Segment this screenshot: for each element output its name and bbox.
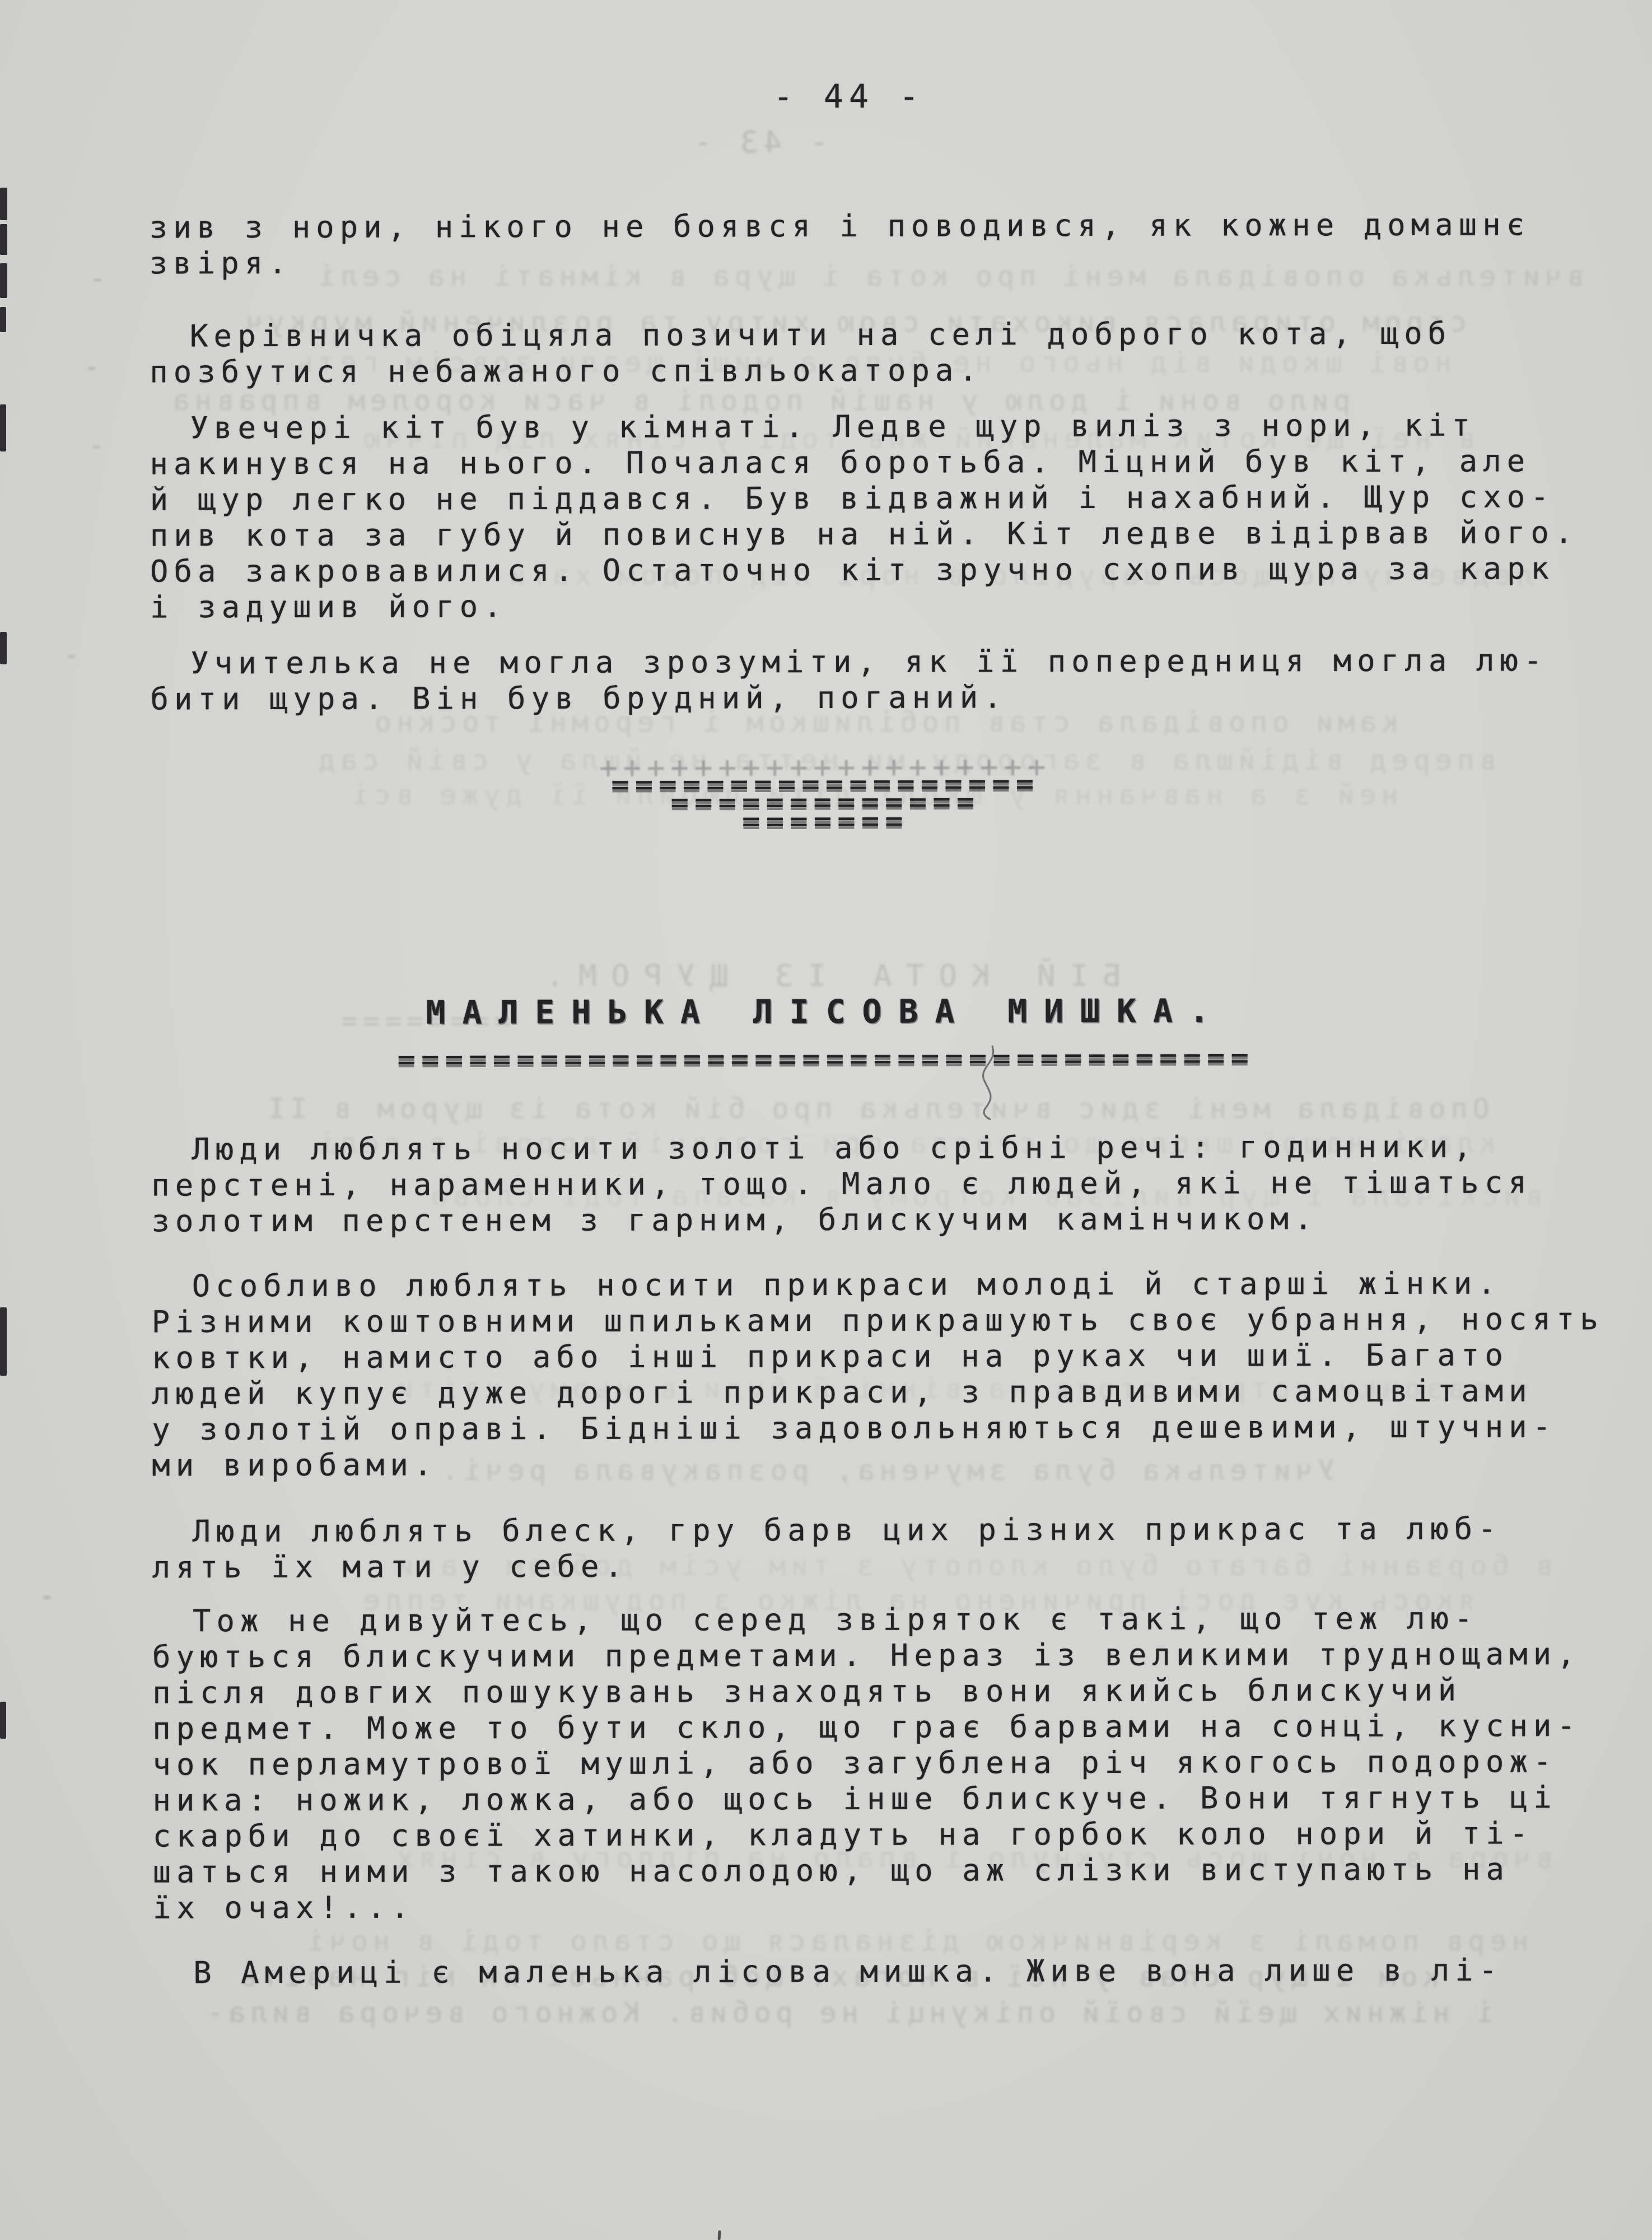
scan-edge-artifact xyxy=(0,404,6,451)
text-line: буються блискучими предметами. Нераз із … xyxy=(152,1636,1581,1675)
pen-squiggle-mark xyxy=(973,1043,1024,1121)
text-line: Люди люблять носити золоті або срібні ре… xyxy=(151,1129,1532,1167)
document-page: - 43 -вчителька оповідала мені про кота … xyxy=(0,0,1652,2240)
typewritten-text-layer: - 44 - зив з нори, нікого не боявся і по… xyxy=(0,0,1652,2240)
story-end-paragraphs: зив з нори, нікого не боявся і поводився… xyxy=(0,0,1650,2)
text-line: людей купує дуже дорогі прикраси, з прав… xyxy=(152,1373,1604,1412)
scan-edge-artifact xyxy=(0,224,7,255)
scan-edge-artifact xyxy=(0,188,7,220)
section-title: МАЛЕНЬКА ЛІСОВА МИШКА. xyxy=(0,991,1652,1032)
paragraph: Тож не дивуйтесь, що серед звіряток є та… xyxy=(152,1600,1581,1926)
text-line: й щур легко не піддався. Був відважний і… xyxy=(150,479,1579,518)
text-line: позбутися небажаного співльокатора. xyxy=(150,352,1452,390)
text-line: предмет. Може то бути скло, що грає барв… xyxy=(152,1708,1581,1747)
text-line: скарби до своєї хатинки, кладуть на горб… xyxy=(153,1815,1581,1854)
text-line: звіря. xyxy=(150,243,1530,281)
paragraph: Особливо люблять носити прикраси молоді … xyxy=(152,1265,1604,1483)
text-line: бити щура. Він був брудний, поганий. xyxy=(150,678,1547,717)
text-line: перстені, нараменники, тощо. Мало є люде… xyxy=(151,1165,1532,1203)
text-line: Учителька не могла зрозуміти, як її попе… xyxy=(150,642,1547,681)
text-line: і задушив його. xyxy=(150,586,1579,625)
text-line: шаться ними з такою насолодою, що аж слі… xyxy=(153,1851,1581,1890)
scan-edge-artifact xyxy=(0,1702,6,1739)
text-line: пив кота за губу й повиснув на ній. Кіт … xyxy=(150,515,1579,553)
page-number: - 44 - xyxy=(773,77,925,116)
scan-edge-artifact xyxy=(0,263,7,298)
text-line: чок перламутрової мушлі, або загублена р… xyxy=(152,1744,1581,1782)
text-line: ника: ножик, ложка, або щось інше блиску… xyxy=(152,1780,1581,1818)
text-line: Увечері кіт був у кімнаті. Ледве щур вил… xyxy=(150,407,1578,446)
text-line: ми виробами. xyxy=(152,1445,1604,1483)
story-paragraphs: Люди люблять носити золоті або срібні ре… xyxy=(0,0,1650,2)
section-title-underline: ==================================== xyxy=(0,1039,1652,1078)
text-line: Тож не дивуйтесь, що серед звіряток є та… xyxy=(152,1600,1581,1639)
text-line: після довгих пошукувань знаходять вони я… xyxy=(152,1672,1581,1711)
divider-row: ======= xyxy=(0,802,1651,841)
text-line: їх очах!... xyxy=(153,1887,1581,1926)
bottom-ink-mark xyxy=(718,2230,721,2240)
text-line: В Америці є маленька лісова мишка. Живе … xyxy=(153,1952,1502,1991)
text-line: у золотій оправі. Бідніші задовольняютьс… xyxy=(152,1409,1604,1447)
text-line: Керівничка обіцяла позичити на селі добр… xyxy=(150,316,1452,355)
paragraph: зив з нори, нікого не боявся і поводився… xyxy=(150,207,1530,281)
text-line: Оба закровавилися. Остаточно кіт зручно … xyxy=(150,551,1579,589)
text-line: зив з нори, нікого не боявся і поводився… xyxy=(150,207,1530,245)
paragraph: Люди люблять носити золоті або срібні ре… xyxy=(151,1129,1532,1239)
paragraph: Увечері кіт був у кімнаті. Ледве щур вил… xyxy=(150,407,1578,625)
scan-edge-artifact xyxy=(0,307,6,332)
paragraph: Керівничка обіцяла позичити на селі добр… xyxy=(150,316,1452,390)
paragraph: В Америці є маленька лісова мишка. Живе … xyxy=(153,1952,1502,1991)
scan-edge-artifact xyxy=(0,632,7,664)
text-line: Різними коштовними шпильками прикрашують… xyxy=(152,1301,1604,1340)
text-line: накинувся на нього. Почалася боротьба. М… xyxy=(150,443,1578,482)
text-line: ковтки, намисто або інші прикраси на рук… xyxy=(152,1337,1604,1376)
paragraph: Учителька не могла зрозуміти, як її попе… xyxy=(150,642,1547,717)
scan-edge-artifact xyxy=(0,1307,7,1376)
text-line: Особливо люблять носити прикраси молоді … xyxy=(152,1265,1604,1304)
paragraph: Люди люблять блеск, гру барв цих різних … xyxy=(152,1511,1501,1585)
text-line: золотим перстенем з гарним, блискучим ка… xyxy=(151,1200,1532,1239)
text-line: лять їх мати у себе. xyxy=(152,1547,1502,1585)
text-line: Люди люблять блеск, гру барв цих різних … xyxy=(152,1511,1501,1549)
